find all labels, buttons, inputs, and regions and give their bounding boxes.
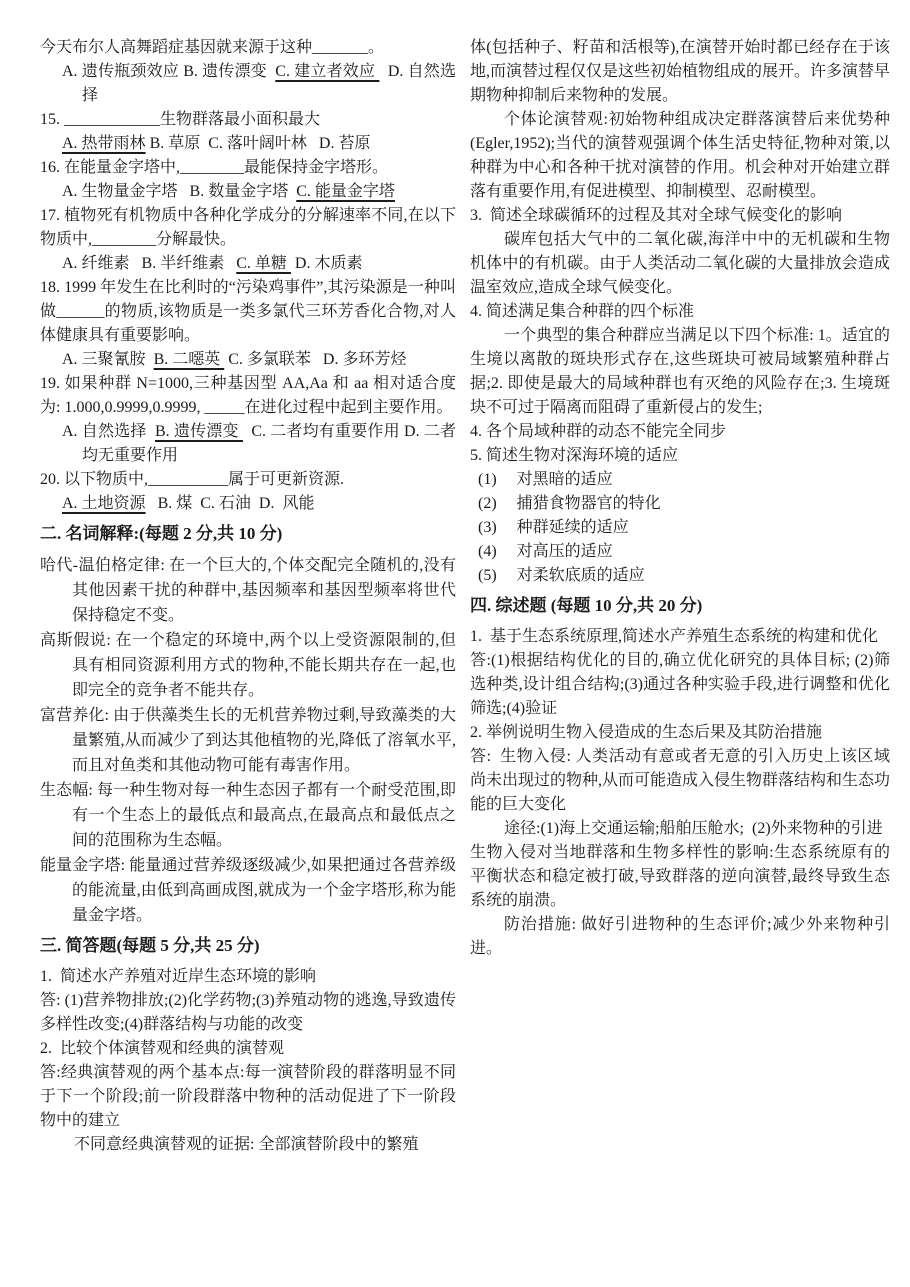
text-run: A. 生物量金字塔 B. 数量金字塔 xyxy=(62,183,296,200)
text-run: 18. 1999 年发生在比利时的“污染鸡事件”,其污染源是一种叫做______… xyxy=(40,279,456,344)
q18-stem: 18. 1999 年发生在比利时的“污染鸡事件”,其污染源是一种叫做______… xyxy=(40,276,456,348)
text-run: 15. ____________生物群落最小面积最大 xyxy=(40,111,320,128)
underlined-answer: A. 热带雨林 xyxy=(62,135,146,152)
underlined-answer: B. 二噁英 xyxy=(154,351,225,368)
sq5-item-1: (1) 对黑暗的适应 xyxy=(470,468,890,492)
q15-options: A. 热带雨林 B. 草原 C. 落叶阔叶林 D. 苔原 xyxy=(40,132,456,156)
def-energy-pyramid: 能量金字塔: 能量通过营养级逐级减少,如果把通过各营养级的能流量,由低到高画成图… xyxy=(40,853,456,928)
section-2-heading: 二. 名词解释:(每题 2 分,共 10 分) xyxy=(40,521,456,546)
essay2-prevention: 防治措施: 做好引进物种的生态评价;减少外来物种引进。 xyxy=(470,913,890,961)
text-run: 1. 基于生态系统原理,简述水产养殖生态系统的构建和优化 xyxy=(470,628,878,645)
text-run: (3) 种群延续的适应 xyxy=(478,519,629,536)
text-run: 17. 植物死有机物质中各种化学成分的分解速率不同,在以下物质中,_______… xyxy=(40,207,456,248)
text-run: 三. 简答题(每题 5 分,共 25 分) xyxy=(40,936,260,955)
sq1-answer: 答: (1)营养物排放;(2)化学药物;(3)养殖动物的逃逸,导致遗传多样性改变… xyxy=(40,989,456,1037)
sq3-stem: 3. 简述全球碳循环的过程及其对全球气候变化的影响 xyxy=(470,204,890,228)
text-run: B. 煤 C. 石油 D. 风能 xyxy=(146,495,315,512)
text-run: 防治措施: 做好引进物种的生态评价;减少外来物种引进。 xyxy=(470,916,890,957)
text-run: A. 遗传瓶颈效应 B. 遗传漂变 xyxy=(62,63,275,80)
sq5-item-5: (5) 对柔软底质的适应 xyxy=(470,564,890,588)
q14-options: A. 遗传瓶颈效应 B. 遗传漂变 C. 建立者效应 D. 自然选择 xyxy=(40,60,456,108)
text-run: 哈代-温伯格定律: 在一个巨大的,个体交配完全随机的,没有其他因素干扰的种群中,… xyxy=(40,557,456,624)
text-run: 答:经典演替观的两个基本点:每一演替阶段的群落明显不同于下一个阶段;前一阶段群落… xyxy=(40,1064,456,1129)
q20-stem: 20. 以下物质中,__________属于可更新资源. xyxy=(40,468,456,492)
text-run: 体(包括种子、籽苗和活根等),在演替开始时都已经存在于该地,而演替过程仅仅是这些… xyxy=(470,39,890,104)
sq2-answer-evidence: 不同意经典演替观的证据: 全部演替阶段中的繁殖 xyxy=(40,1133,456,1157)
text-run: 1. 简述水产养殖对近岸生态环境的影响 xyxy=(40,968,316,985)
text-run: (1) 对黑暗的适应 xyxy=(478,471,613,488)
text-run: 不同意经典演替观的证据: 全部演替阶段中的繁殖 xyxy=(74,1136,418,1153)
sq5-item-4: (4) 对高压的适应 xyxy=(470,540,890,564)
text-run: 5. 简述生物对深海环境的适应 xyxy=(470,447,678,464)
def-ecological-amplitude: 生态幅: 每一种生物对每一种生态因子都有一个耐受范围,即有一个生态上的最低点和最… xyxy=(40,778,456,853)
sq4-answer: 一个典型的集合种群应当满足以下四个标准: 1。适宜的生境以离散的斑块形式存在,这… xyxy=(470,324,890,420)
sq4-stem: 4. 简述满足集合种群的四个标准 xyxy=(470,300,890,324)
underlined-answer: C. 能量金字塔 xyxy=(296,183,395,200)
text-run: 4. 简述满足集合种群的四个标准 xyxy=(470,303,694,320)
sq5-item-2: (2) 捕猎食物器官的特化 xyxy=(470,492,890,516)
text-run: 高斯假说: 在一个稳定的环境中,两个以上受资源限制的,但具有相同资源利用方式的物… xyxy=(40,632,456,699)
essay1-answer: 答:(1)根据结构优化的目的,确立优化研究的具体目标; (2)筛选种类,设计组合… xyxy=(470,649,890,721)
text-run: 16. 在能量金字塔中,________最能保持金字塔形。 xyxy=(40,159,388,176)
def-hardy-weinberg: 哈代-温伯格定律: 在一个巨大的,个体交配完全随机的,没有其他因素干扰的种群中,… xyxy=(40,553,456,628)
text-run: 能量金字塔: 能量通过营养级逐级减少,如果把通过各营养级的能流量,由低到高画成图… xyxy=(40,857,456,924)
text-run: D. 木质素 xyxy=(291,255,363,272)
text-run: 答: (1)营养物排放;(2)化学药物;(3)养殖动物的逃逸,导致遗传多样性改变… xyxy=(40,992,456,1033)
sq3-answer: 碳库包括大气中的二氧化碳,海洋中中的无机碳和生物机体中的有机碳。由于人类活动二氧… xyxy=(470,228,890,300)
sq5-item-3: (3) 种群延续的适应 xyxy=(470,516,890,540)
text-run: A. 自然选择 xyxy=(62,423,155,440)
column-left: 今天布尔人高舞蹈症基因就来源于这种_______。A. 遗传瓶颈效应 B. 遗传… xyxy=(40,36,456,1287)
q20-options: A. 土地资源 B. 煤 C. 石油 D. 风能 xyxy=(40,492,456,516)
text-run: 3. 简述全球碳循环的过程及其对全球气候变化的影响 xyxy=(470,207,842,224)
q17-options: A. 纤维素 B. 半纤维素 C. 单糖 D. 木质素 xyxy=(40,252,456,276)
essay2-stem: 2. 举例说明生物入侵造成的生态后果及其防治措施 xyxy=(470,721,890,745)
underlined-answer: A. 土地资源 xyxy=(62,495,146,512)
text-run: 20. 以下物质中,__________属于可更新资源. xyxy=(40,471,344,488)
sq2-stem: 2. 比较个体演替观和经典的演替观 xyxy=(40,1037,456,1061)
section-3-heading: 三. 简答题(每题 5 分,共 25 分) xyxy=(40,933,456,958)
def-gause-hypothesis: 高斯假说: 在一个稳定的环境中,两个以上受资源限制的,但具有相同资源利用方式的物… xyxy=(40,628,456,703)
text-run: 今天布尔人高舞蹈症基因就来源于这种_______。 xyxy=(40,39,384,56)
text-run: (5) 对柔软底质的适应 xyxy=(478,567,645,584)
text-run: 二. 名词解释:(每题 2 分,共 10 分) xyxy=(40,524,282,543)
sq4-answer-item4: 4. 各个局域种群的动态不能完全同步 xyxy=(470,420,890,444)
q16-options: A. 生物量金字塔 B. 数量金字塔 C. 能量金字塔 xyxy=(40,180,456,204)
text-run: 生态幅: 每一种生物对每一种生态因子都有一个耐受范围,即有一个生态上的最低点和最… xyxy=(40,782,456,849)
text-run: 答:(1)根据结构优化的目的,确立优化研究的具体目标; (2)筛选种类,设计组合… xyxy=(470,652,890,717)
essay2-impact: 生物入侵对当地群落和生物多样性的影响:生态系统原有的平衡状态和稳定被打破,导致群… xyxy=(470,841,890,913)
text-run: C. 多氯联苯 D. 多环芳烃 xyxy=(224,351,406,368)
document-page: 今天布尔人高舞蹈症基因就来源于这种_______。A. 遗传瓶颈效应 B. 遗传… xyxy=(0,0,910,1287)
text-run: 富营养化: 由于供藻类生长的无机营养物过剩,导致藻类的大量繁殖,从而减少了到达其… xyxy=(40,707,456,774)
text-run: (2) 捕猎食物器官的特化 xyxy=(478,495,661,512)
text-run: B. 草原 C. 落叶阔叶林 D. 苔原 xyxy=(146,135,371,152)
text-run: A. 纤维素 B. 半纤维素 xyxy=(62,255,236,272)
underlined-answer: B. 遗传漂变 xyxy=(155,423,243,440)
sq2-answer: 答:经典演替观的两个基本点:每一演替阶段的群落明显不同于下一个阶段;前一阶段群落… xyxy=(40,1061,456,1133)
text-run: 2. 举例说明生物入侵造成的生态后果及其防治措施 xyxy=(470,724,822,741)
q19-options: A. 自然选择 B. 遗传漂变 C. 二者均有重要作用 D. 二者均无重要作用 xyxy=(40,420,456,468)
essay1-stem: 1. 基于生态系统原理,简述水产养殖生态系统的构建和优化 xyxy=(470,625,890,649)
text-run: (4) 对高压的适应 xyxy=(478,543,613,560)
q15-stem: 15. ____________生物群落最小面积最大 xyxy=(40,108,456,132)
sq2-answer-continued: 体(包括种子、籽苗和活根等),在演替开始时都已经存在于该地,而演替过程仅仅是这些… xyxy=(470,36,890,108)
q18-options: A. 三聚氰胺 B. 二噁英 C. 多氯联苯 D. 多环芳烃 xyxy=(40,348,456,372)
q14-stem: 今天布尔人高舞蹈症基因就来源于这种_______。 xyxy=(40,36,456,60)
text-run: 一个典型的集合种群应当满足以下四个标准: 1。适宜的生境以离散的斑块形式存在,这… xyxy=(470,327,890,416)
text-run: 个体论演替观:初始物种组成决定群落演替后来优势种(Egler,1952);当代的… xyxy=(470,111,890,200)
q16-stem: 16. 在能量金字塔中,________最能保持金字塔形。 xyxy=(40,156,456,180)
text-run: 2. 比较个体演替观和经典的演替观 xyxy=(40,1040,284,1057)
text-run: 19. 如果种群 N=1000,三种基因型 AA,Aa 和 aa 相对适合度为:… xyxy=(40,375,456,416)
text-run: A. 三聚氰胺 xyxy=(62,351,154,368)
def-eutrophication: 富营养化: 由于供藻类生长的无机营养物过剩,导致藻类的大量繁殖,从而减少了到达其… xyxy=(40,703,456,778)
q17-stem: 17. 植物死有机物质中各种化学成分的分解速率不同,在以下物质中,_______… xyxy=(40,204,456,252)
column-right: 体(包括种子、籽苗和活根等),在演替开始时都已经存在于该地,而演替过程仅仅是这些… xyxy=(470,36,890,1287)
essay2-pathways: 途径:(1)海上交通运输;船舶压舱水; (2)外来物种的引进 xyxy=(470,817,890,841)
sq1-stem: 1. 简述水产养殖对近岸生态环境的影响 xyxy=(40,965,456,989)
sq5-stem: 5. 简述生物对深海环境的适应 xyxy=(470,444,890,468)
underlined-answer: C. 建立者效应 xyxy=(275,63,379,80)
text-run: 4. 各个局域种群的动态不能完全同步 xyxy=(470,423,726,440)
text-run: 答: 生物入侵: 人类活动有意或者无意的引入历史上该区域尚未出现过的物种,从而可… xyxy=(470,748,890,813)
section-4-heading: 四. 综述题 (每题 10 分,共 20 分) xyxy=(470,593,890,618)
text-run: 途径:(1)海上交通运输;船舶压舱水; (2)外来物种的引进 xyxy=(504,820,883,837)
underlined-answer: C. 单糖 xyxy=(236,255,291,272)
text-run: 生物入侵对当地群落和生物多样性的影响:生态系统原有的平衡状态和稳定被打破,导致群… xyxy=(470,844,890,909)
text-run: 碳库包括大气中的二氧化碳,海洋中中的无机碳和生物机体中的有机碳。由于人类活动二氧… xyxy=(470,231,890,296)
sq2-individualistic-view: 个体论演替观:初始物种组成决定群落演替后来优势种(Egler,1952);当代的… xyxy=(470,108,890,204)
text-run: 四. 综述题 (每题 10 分,共 20 分) xyxy=(470,596,702,615)
q19-stem: 19. 如果种群 N=1000,三种基因型 AA,Aa 和 aa 相对适合度为:… xyxy=(40,372,456,420)
essay2-answer-definition: 答: 生物入侵: 人类活动有意或者无意的引入历史上该区域尚未出现过的物种,从而可… xyxy=(470,745,890,817)
